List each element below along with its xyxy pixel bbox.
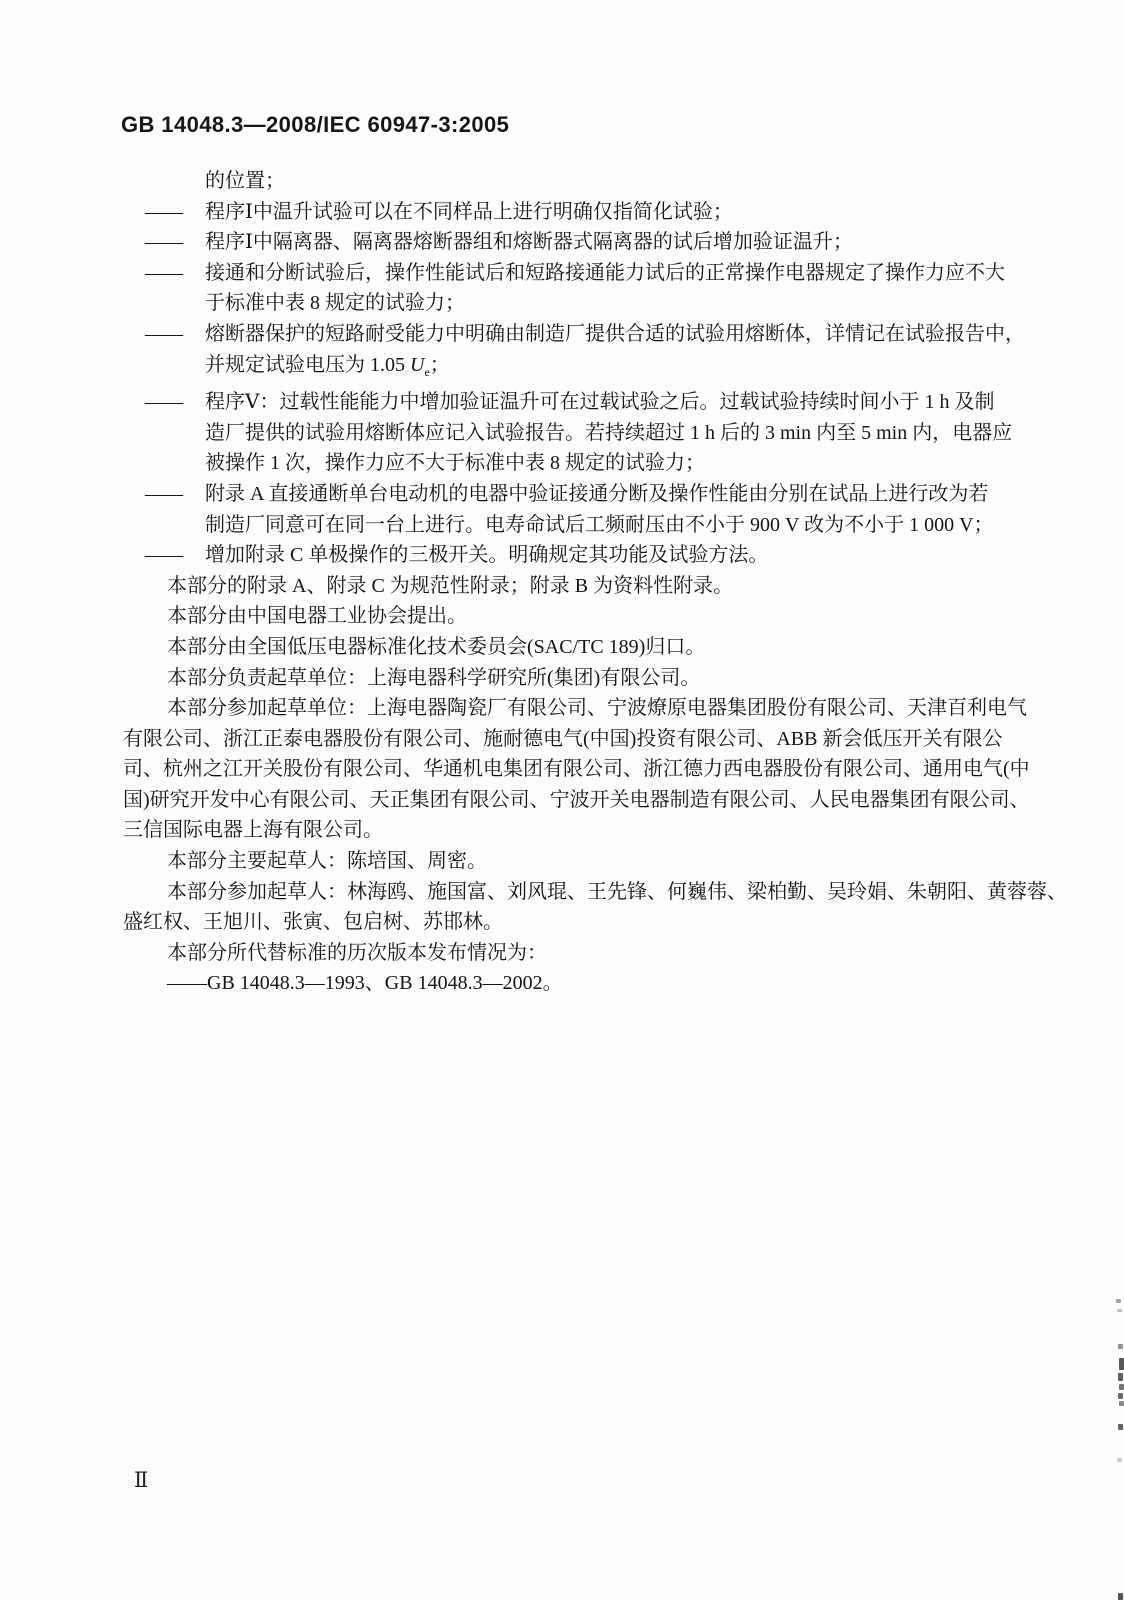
text-segment: U [410, 354, 424, 376]
text-segment: 并规定试验电压为 1.05 [205, 354, 410, 376]
list-item-dash: —— [145, 227, 205, 258]
text-line: 于标准中表 8 规定的试验力； [205, 288, 1043, 319]
text-line: 本部分由中国电器工业协会提出。 [167, 601, 1043, 632]
text-line: ——熔断器保护的短路耐受能力中明确由制造厂提供合适的试验用熔断体，详情记在试验报… [145, 319, 1043, 350]
list-item-dash: —— [145, 540, 205, 571]
document-page: GB 14048.3—2008/IEC 60947-3:2005 的位置；——程… [0, 0, 1124, 1600]
text-line: ——附录 A 直接通断单台电动机的电器中验证接通分断及操作性能由分别在试品上进行… [145, 479, 1043, 510]
text-line: 本部分参加起草单位：上海电器陶瓷厂有限公司、宁波燎原电器集团股份有限公司、天津百… [167, 693, 1043, 724]
text-line: ——增加附录 C 单极操作的三极开关。明确规定其功能及试验方法。 [145, 540, 1043, 571]
list-item-dash: —— [145, 387, 205, 418]
list-item-dash: —— [145, 319, 205, 350]
document-body: 的位置；——程序Ⅰ中温升试验可以在不同样品上进行明确仅指简化试验；——程序Ⅰ中隔… [123, 166, 1043, 999]
text-line: 制造厂同意可在同一台上进行。电寿命试后工频耐压由不小于 900 V 改为不小于 … [205, 510, 1043, 541]
text-line: 本部分负责起草单位：上海电器科学研究所(集团)有限公司。 [167, 663, 1043, 694]
page-number: Ⅱ [134, 1468, 148, 1493]
text-line: 并规定试验电压为 1.05 Ue； [205, 350, 1043, 388]
text-line: 本部分所代替标准的历次版本发布情况为： [167, 938, 1043, 969]
text-line: 国)研究开发中心有限公司、天正集团有限公司、宁波开关电器制造有限公司、人民电器集… [123, 785, 1043, 816]
text-line: ——接通和分断试验后，操作性能试后和短路接通能力试后的正常操作电器规定了操作力应… [145, 258, 1043, 289]
text-line: 本部分的附录 A、附录 C 为规范性附录；附录 B 为资料性附录。 [167, 571, 1043, 602]
text-line: ——程序Ⅰ中隔离器、隔离器熔断器组和熔断器式隔离器的试后增加验证温升； [145, 227, 1043, 258]
text-line: ——GB 14048.3—1993、GB 14048.3—2002。 [167, 968, 1043, 999]
list-item-dash: —— [145, 197, 205, 228]
text-line: 被操作 1 次，操作力应不大于标准中表 8 规定的试验力； [205, 448, 1043, 479]
list-item-dash: —— [145, 258, 205, 289]
text-line: 三信国际电器上海有限公司。 [123, 815, 1043, 846]
text-line: ——程序Ⅴ：过载性能能力中增加验证温升可在过载试验之后。过载试验持续时间小于 1… [145, 387, 1043, 418]
text-line: 的位置； [205, 166, 1043, 197]
text-line: ——程序Ⅰ中温升试验可以在不同样品上进行明确仅指简化试验； [145, 197, 1043, 228]
list-item-dash: —— [145, 479, 205, 510]
text-line: 盛红权、王旭川、张寅、包启树、苏邯林。 [123, 907, 1043, 938]
standard-number-header: GB 14048.3—2008/IEC 60947-3:2005 [121, 112, 509, 138]
text-line: 本部分由全国低压电器标准化技术委员会(SAC/TC 189)归口。 [167, 632, 1043, 663]
text-segment: ； [430, 354, 450, 376]
text-line: 司、杭州之江开关股份有限公司、华通机电集团有限公司、浙江德力西电器股份有限公司、… [123, 754, 1043, 785]
text-line: 有限公司、浙江正泰电器股份有限公司、施耐德电气(中国)投资有限公司、ABB 新会… [123, 724, 1043, 755]
text-line: 造厂提供的试验用熔断体应记入试验报告。若持续超过 1 h 后的 3 min 内至… [205, 418, 1043, 449]
text-line: 本部分主要起草人：陈培国、周密。 [167, 846, 1043, 877]
text-line: 本部分参加起草人：林海鸥、施国富、刘风琨、王先锋、何巍伟、梁柏勤、吴玲娟、朱朝阳… [167, 877, 1043, 908]
